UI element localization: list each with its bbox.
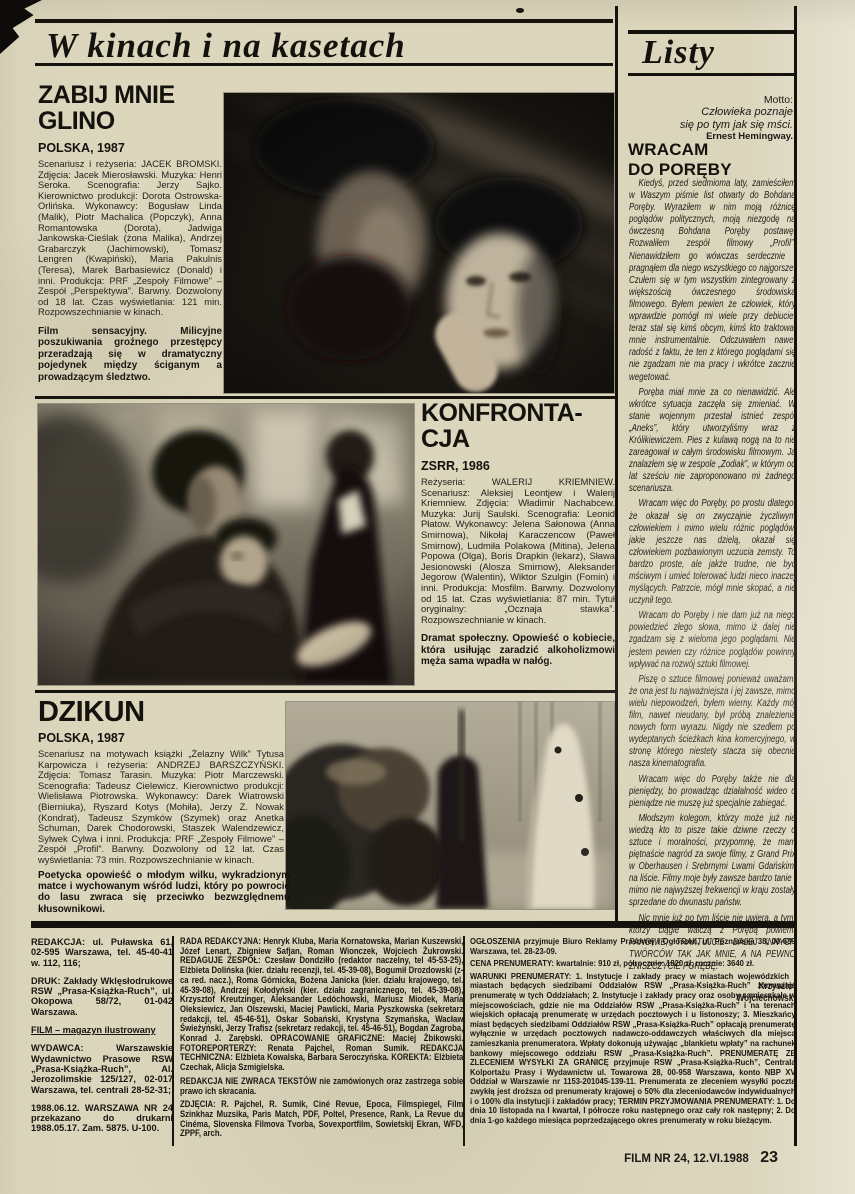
section-title-listy: Listy	[642, 34, 715, 72]
page-number: 23	[760, 1149, 778, 1166]
masthead-rada: RADA REDAKCYJNA: Henryk Kluba, Maria Kor…	[180, 937, 463, 1073]
masthead-divider-1	[172, 936, 174, 1146]
scan-artifact-smudge	[330, 820, 342, 829]
photo-konfrontacja-still	[38, 404, 414, 685]
masthead-cena: CENA PRENUMERATY: kwartalnie: 910 zł, pó…	[470, 959, 796, 969]
motto-label: Motto:	[628, 94, 793, 106]
issue-label: FILM NR 24, 12.VI.1988	[624, 1153, 749, 1165]
photo-zabij-mnie-glino-still	[224, 93, 614, 393]
photo-dzikun-still	[286, 702, 614, 909]
letter-paragraph: Młodszym kolegom, którzy może już nie wi…	[629, 813, 796, 910]
masthead-divider-2	[463, 936, 465, 1146]
masthead-wydawca: WYDAWCA: Warszawskie Wydawnictwo Prasowe…	[31, 1043, 173, 1094]
masthead-col-ogloszenia: OGŁOSZENIA przyjmuje Biuro Reklamy Praso…	[470, 937, 796, 1128]
letter-paragraph: Wracam więc do Poręby, po prostu dlatego…	[629, 498, 796, 607]
section-rule-2	[35, 690, 615, 693]
header-rule-bottom-left	[35, 63, 613, 66]
section-title-kinach: W kinach i na kasetach	[46, 26, 406, 66]
article-country-year: ZSRR, 1986	[421, 459, 615, 473]
scan-artifact-speck	[516, 8, 524, 13]
masthead-zdjecia: ZDJĘCIA: R. Pajchel, R. Sumik, Ciné Revu…	[180, 1100, 463, 1139]
masthead-ogloszenia: OGŁOSZENIA przyjmuje Biuro Reklamy Praso…	[470, 937, 796, 956]
article-summary: Dramat społeczny. Opowieść o kobiecie, k…	[421, 633, 615, 667]
header-rule-bottom-right	[628, 73, 795, 76]
motto: Motto: Człowieka poznaje się po tym jak …	[628, 94, 793, 143]
masthead-nie-zwraca: REDAKCJA NIE ZWRACA TEKSTÓW nie zamówion…	[180, 1077, 463, 1096]
article-zabij-mnie-glino: ZABIJ MNIE GLINO POLSKA, 1987 Scenariusz…	[38, 82, 222, 383]
article-dzikun: DZIKUN POLSKA, 1987 Scenariusz na motywa…	[38, 697, 284, 915]
masthead-film-line: FILM – magazyn ilustrowany	[31, 1025, 173, 1035]
letter-paragraph: Wracam do Poręby i nie dam już na niego …	[629, 610, 796, 670]
article-summary: Film sensacyjny. Milicyjne poszukiwania …	[38, 326, 222, 383]
motto-line: się po tym jak się mści.	[628, 119, 793, 132]
article-credits: Scenariusz na motywach książki „Żelazny …	[38, 749, 284, 866]
article-title: KONFRONTA-CJA	[421, 400, 615, 452]
letter-paragraph: Wracam więc do Poręby także nie dla pien…	[629, 774, 796, 810]
article-country-year: POLSKA, 1987	[38, 141, 222, 155]
letter-paragraph: Poręba miał mnie za co nienawidzić. Ale …	[629, 387, 796, 496]
header-rule-top-left	[35, 19, 613, 23]
article-country-year: POLSKA, 1987	[38, 731, 284, 745]
article-title: ZABIJ MNIE GLINO	[38, 82, 222, 134]
article-title: DZIKUN	[38, 697, 284, 727]
letter-title: WRACAM DO PORĘBY	[628, 140, 732, 179]
masthead-top-rule	[31, 921, 797, 928]
scan-artifact-corner	[0, 0, 42, 54]
letter-title-line: DO PORĘBY	[628, 160, 732, 180]
motto-line: Człowieka poznaje	[628, 106, 793, 119]
article-credits: Scenariusz i reżyseria: JACEK BROMSKI. Z…	[38, 159, 222, 318]
page-footer: FILM NR 24, 12.VI.1988 23	[560, 1149, 778, 1167]
masthead-redakcja: REDAKCJA: ul. Puławska 61, 02-595 Warsza…	[31, 937, 173, 968]
article-credits: Reżyseria: WALERIJ KRIEMNIEW. Scenariusz…	[421, 477, 615, 625]
reader-letter: Kiedyś, przed siedmioma laty, zamieściłe…	[629, 178, 796, 1004]
magazine-page: W kinach i na kasetach Listy ZABIJ MNIE …	[0, 0, 855, 1194]
column-divider-main	[615, 6, 618, 923]
masthead-col-rada: RADA REDAKCYJNA: Henryk Kluba, Maria Kor…	[180, 937, 463, 1143]
article-konfrontacja: KONFRONTA-CJA ZSRR, 1986 Reżyseria: WALE…	[421, 400, 615, 668]
article-summary: Poetycka opowieść o młodym wilku, wykrad…	[38, 870, 290, 916]
masthead-druk: DRUK: Zakłady Wklęsłodrukowe RSW „Prasa-…	[31, 976, 173, 1017]
masthead-print-info: 1988.06.12. WARSZAWA NR 24 przekazano do…	[31, 1103, 173, 1134]
masthead-warunki: WARUNKI PRENUMERATY: 1. Instytucje i zak…	[470, 972, 796, 1126]
masthead-col-redakcja: REDAKCJA: ul. Puławska 61, 02-595 Warsza…	[31, 937, 173, 1142]
letter-paragraph: Piszę o sztuce filmowej ponieważ uważam,…	[629, 674, 796, 771]
letter-paragraph: Kiedyś, przed siedmioma laty, zamieściłe…	[629, 178, 796, 384]
letter-title-line: WRACAM	[628, 140, 732, 160]
